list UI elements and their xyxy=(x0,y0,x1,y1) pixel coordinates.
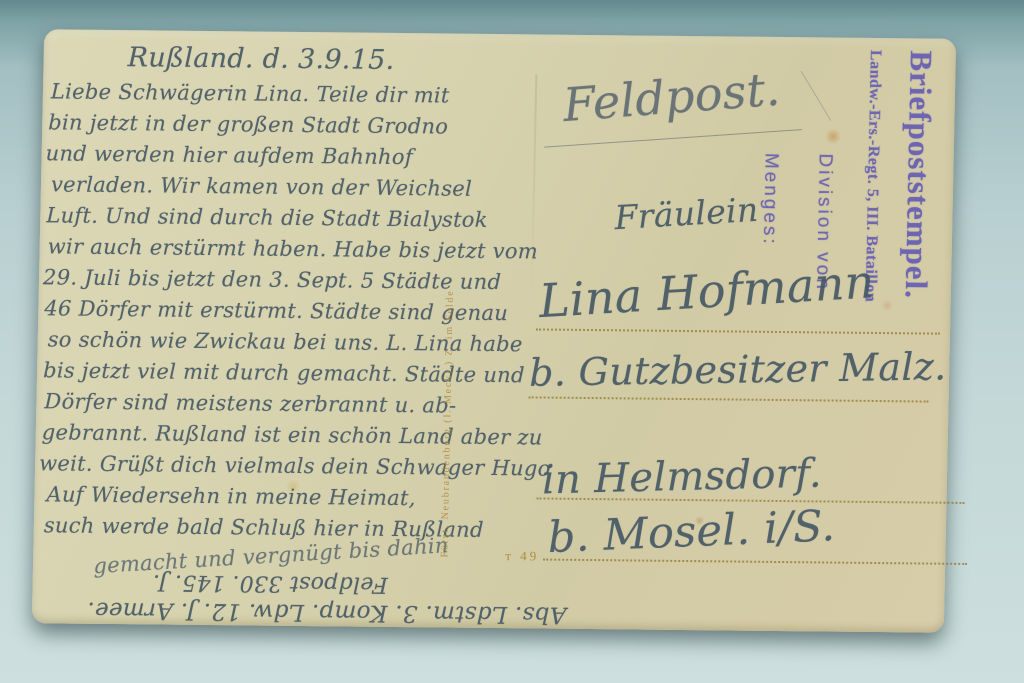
stamp-line-2: Landw.-Ers.-Regt. 5, III. Bataillon xyxy=(847,50,896,394)
postcard: Rußland. d. 3.9.15. Liebe Schwägerin Lin… xyxy=(32,29,956,632)
sender-line-inverted: Abs. Ldstm. 3. Komp. Ldw. 12. J. Armee. xyxy=(87,598,567,626)
message-date-heading: Rußland. d. 3.9.15. xyxy=(127,42,395,76)
printer-imprint-text: Fürst, Neubrandenburg (I. Meckl.) Z. im … xyxy=(439,86,475,558)
message-line: und werden hier aufdem Bahnhof xyxy=(45,143,413,168)
message-line: Liebe Schwägerin Lina. Teile dir mit xyxy=(51,81,450,106)
address-line-2: b. Gutzbesitzer Malz. xyxy=(529,344,947,395)
address-line-4: b. Mosel. i/S. xyxy=(547,501,836,563)
message-line: Dörfer sind meistens zerbrannt u. ab- xyxy=(44,391,456,416)
message-line: 29. Juli bis jetzt den 3. Sept. 5 Städte… xyxy=(43,267,502,293)
feldpost-underline xyxy=(544,129,802,148)
feldpost-note: Feldpost. xyxy=(561,62,781,133)
message-line: weit. Grüßt dich vielmals dein Schwager … xyxy=(39,453,551,479)
address-ruling-line xyxy=(543,559,967,565)
address-line-3: in Helmsdorf. xyxy=(542,451,823,504)
sender-line-inverted: Feldpost 330. 145. J. xyxy=(152,570,387,594)
message-line: Auf Wiedersehn in meine Heimat, xyxy=(46,484,416,509)
message-line: Luft. Und sind durch die Stadt Bialystok xyxy=(46,205,488,231)
address-salutation: Fräulein xyxy=(614,190,760,237)
message-line: verladen. Wir kamen von der Weichsel xyxy=(51,174,472,199)
printer-imprint: Fürst, Neubrandenburg (I. Meckl.) Z. im … xyxy=(439,86,475,558)
stamp-line-1: Briefpoststempel. xyxy=(889,50,946,394)
field-post-stamp-text: Briefpoststempel. Landw.-Ers.-Regt. 5, I… xyxy=(779,49,946,395)
photo-background: Rußland. d. 3.9.15. Liebe Schwägerin Lin… xyxy=(0,0,1024,683)
message-line: bin jetzt in der großen Stadt Grodno xyxy=(48,112,448,137)
plate-mark: т 49 xyxy=(505,548,539,564)
message-line: 46 Dörfer mit erstürmt. Städte sind gena… xyxy=(44,298,508,324)
